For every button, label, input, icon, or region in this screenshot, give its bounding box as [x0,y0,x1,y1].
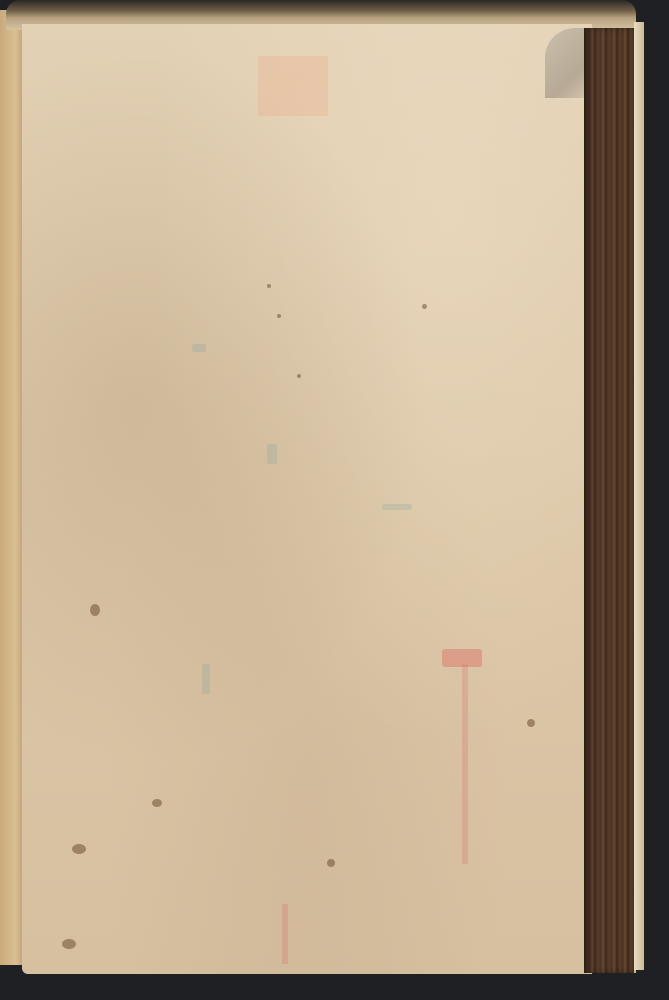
book-photograph [0,0,669,1000]
red-bleed-streak [462,664,468,864]
foxing-spot [62,939,76,949]
cover-board-edge [634,22,644,970]
foxing-spot [527,719,535,727]
foxing-spot [90,604,100,616]
foxing-spot [327,859,335,867]
foxing-spot [72,844,86,854]
foxing-spot [297,374,301,378]
bleed-through-mark [382,504,412,510]
page-block-fore-edge [584,28,636,973]
blank-page [22,24,592,974]
bleed-through-mark [267,444,277,464]
foxing-spot [277,314,281,318]
bleed-through-mark [202,664,210,694]
faded-stamp-top [258,56,328,116]
bleed-through-mark [192,344,206,352]
foxing-spot [267,284,271,288]
red-bleed-streak [282,904,288,964]
foxing-spot [422,304,427,309]
foxing-spot [152,799,162,807]
